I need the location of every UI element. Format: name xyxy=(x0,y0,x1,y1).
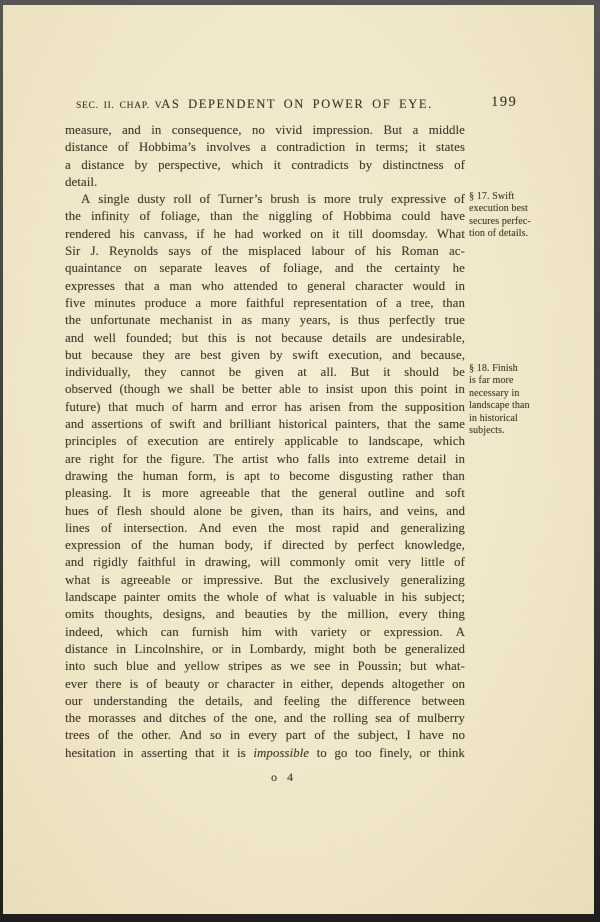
text-line: tion of details. xyxy=(469,228,557,240)
text-line: detail. xyxy=(65,174,465,191)
text-line: individually,theycannotbegivenatall.Buti… xyxy=(65,364,465,381)
text-line: andassertionsofswiftandbrillianthistoric… xyxy=(65,416,465,433)
text-line: § 17. Swift xyxy=(469,191,557,203)
text-line: adistancebyperspective,whichitcontradict… xyxy=(65,157,465,174)
text-line: linesofintersection.Andeventhemostrapida… xyxy=(65,520,465,537)
text-line: necessary in xyxy=(469,388,557,400)
text-line: future)thatmuchofharmanderrorhasarisenfr… xyxy=(65,399,465,416)
page-number: 199 xyxy=(491,94,517,111)
text-line: § 18. Finish xyxy=(469,363,557,375)
text-line: huesoffleshshouldalonebegiven,thanitshai… xyxy=(65,503,465,520)
text-line: observed(thoughweshallbebetterabletoinsi… xyxy=(65,381,465,398)
margin-note-17: § 17. Swift execution best secures perfe… xyxy=(469,191,557,241)
text-line: in historical xyxy=(469,413,557,425)
running-head-title: AS DEPENDENT ON POWER OF EYE. xyxy=(161,97,433,112)
text-line: renderedhiscanvass,ifhehadworkedonittill… xyxy=(65,226,465,243)
running-head-section: SEC. II. CHAP. V. xyxy=(76,101,164,111)
text-line: pleasing.Itismoreagreeablethatthegeneral… xyxy=(65,485,465,502)
text-line: is far more xyxy=(469,375,557,387)
text-line: indeed,whichcanfurnishhimwithvarietyorex… xyxy=(65,624,465,641)
text-line: ourunderstandingthedetails,andfeelingthe… xyxy=(65,693,465,710)
text-line: landscapepainteromitsthewholeofwhatisval… xyxy=(65,589,465,606)
text-line: treesoftheother.Andsoineverypartofthesub… xyxy=(65,727,465,744)
text-line: intosuchblueandyellowstripesasweseeinPou… xyxy=(65,658,465,675)
text-line: AsingledustyrollofTurner’sbrushismoretru… xyxy=(65,191,465,208)
paragraph-1: measure,andinconsequence,novividimpressi… xyxy=(65,122,465,191)
text-line: arerightforthefigure.Theartistwhofallsin… xyxy=(65,451,465,468)
text-line: subjects. xyxy=(469,425,557,437)
signature-mark: o 4 xyxy=(271,770,294,785)
text-line: quaintanceonseparateleavesoffoliage,andt… xyxy=(65,260,465,277)
text-line: principlesofexecutionareentirelyapplicab… xyxy=(65,433,465,450)
text-line: everthereisofbeautyorcharacterineither,d… xyxy=(65,676,465,693)
text-line: secures perfec- xyxy=(469,216,557,228)
text-line: SirJ.Reynoldssaysofthemisplacedlabourofh… xyxy=(65,243,465,260)
text-line: butbecausetheyarebestgivenbyswiftexecuti… xyxy=(65,347,465,364)
text-line: distanceofHobbima’sinvolvesacontradictio… xyxy=(65,139,465,156)
text-line: theunfortunatemechanistinasmanyyears,ist… xyxy=(65,312,465,329)
body-text: measure,andinconsequence,novividimpressi… xyxy=(65,122,465,762)
text-line: measure,andinconsequence,novividimpressi… xyxy=(65,122,465,139)
text-line: omitsthoughts,designs,andbeautiesbythemi… xyxy=(65,606,465,623)
text-line: andrigidlyfaithfulindrawing,willcommonly… xyxy=(65,554,465,571)
text-line: theinfinityoffoliage,thanthenigglingofHo… xyxy=(65,208,465,225)
text-line: expressionofthehumanbody,ifdirectedbyper… xyxy=(65,537,465,554)
text-line: execution best xyxy=(469,203,557,215)
paragraph-2: AsingledustyrollofTurner’sbrushismoretru… xyxy=(65,191,465,762)
text-line: drawingthehumanform,isapttobecomedisgust… xyxy=(65,468,465,485)
text-line: fiveminutesproduceamorefaithfulrepresent… xyxy=(65,295,465,312)
text-line: whatisagreeableorimpressive.Buttheexclus… xyxy=(65,572,465,589)
text-line: hesitationinassertingthatitisimpossiblet… xyxy=(65,745,465,762)
text-line: distanceinLincolnshire,orinLombardy,migh… xyxy=(65,641,465,658)
text-line: andwellfounded;butthisisnotbecausedetail… xyxy=(65,330,465,347)
text-line: themorassesandditchesoftheone,andtheroll… xyxy=(65,710,465,727)
scan-frame: SEC. II. CHAP. V. AS DEPENDENT ON POWER … xyxy=(0,0,600,922)
text-line: expressesthatamanwhoattendedtogeneralcha… xyxy=(65,278,465,295)
text-line: landscape than xyxy=(469,400,557,412)
margin-note-18: § 18. Finish is far more necessary in la… xyxy=(469,363,557,437)
book-page: SEC. II. CHAP. V. AS DEPENDENT ON POWER … xyxy=(3,5,594,914)
